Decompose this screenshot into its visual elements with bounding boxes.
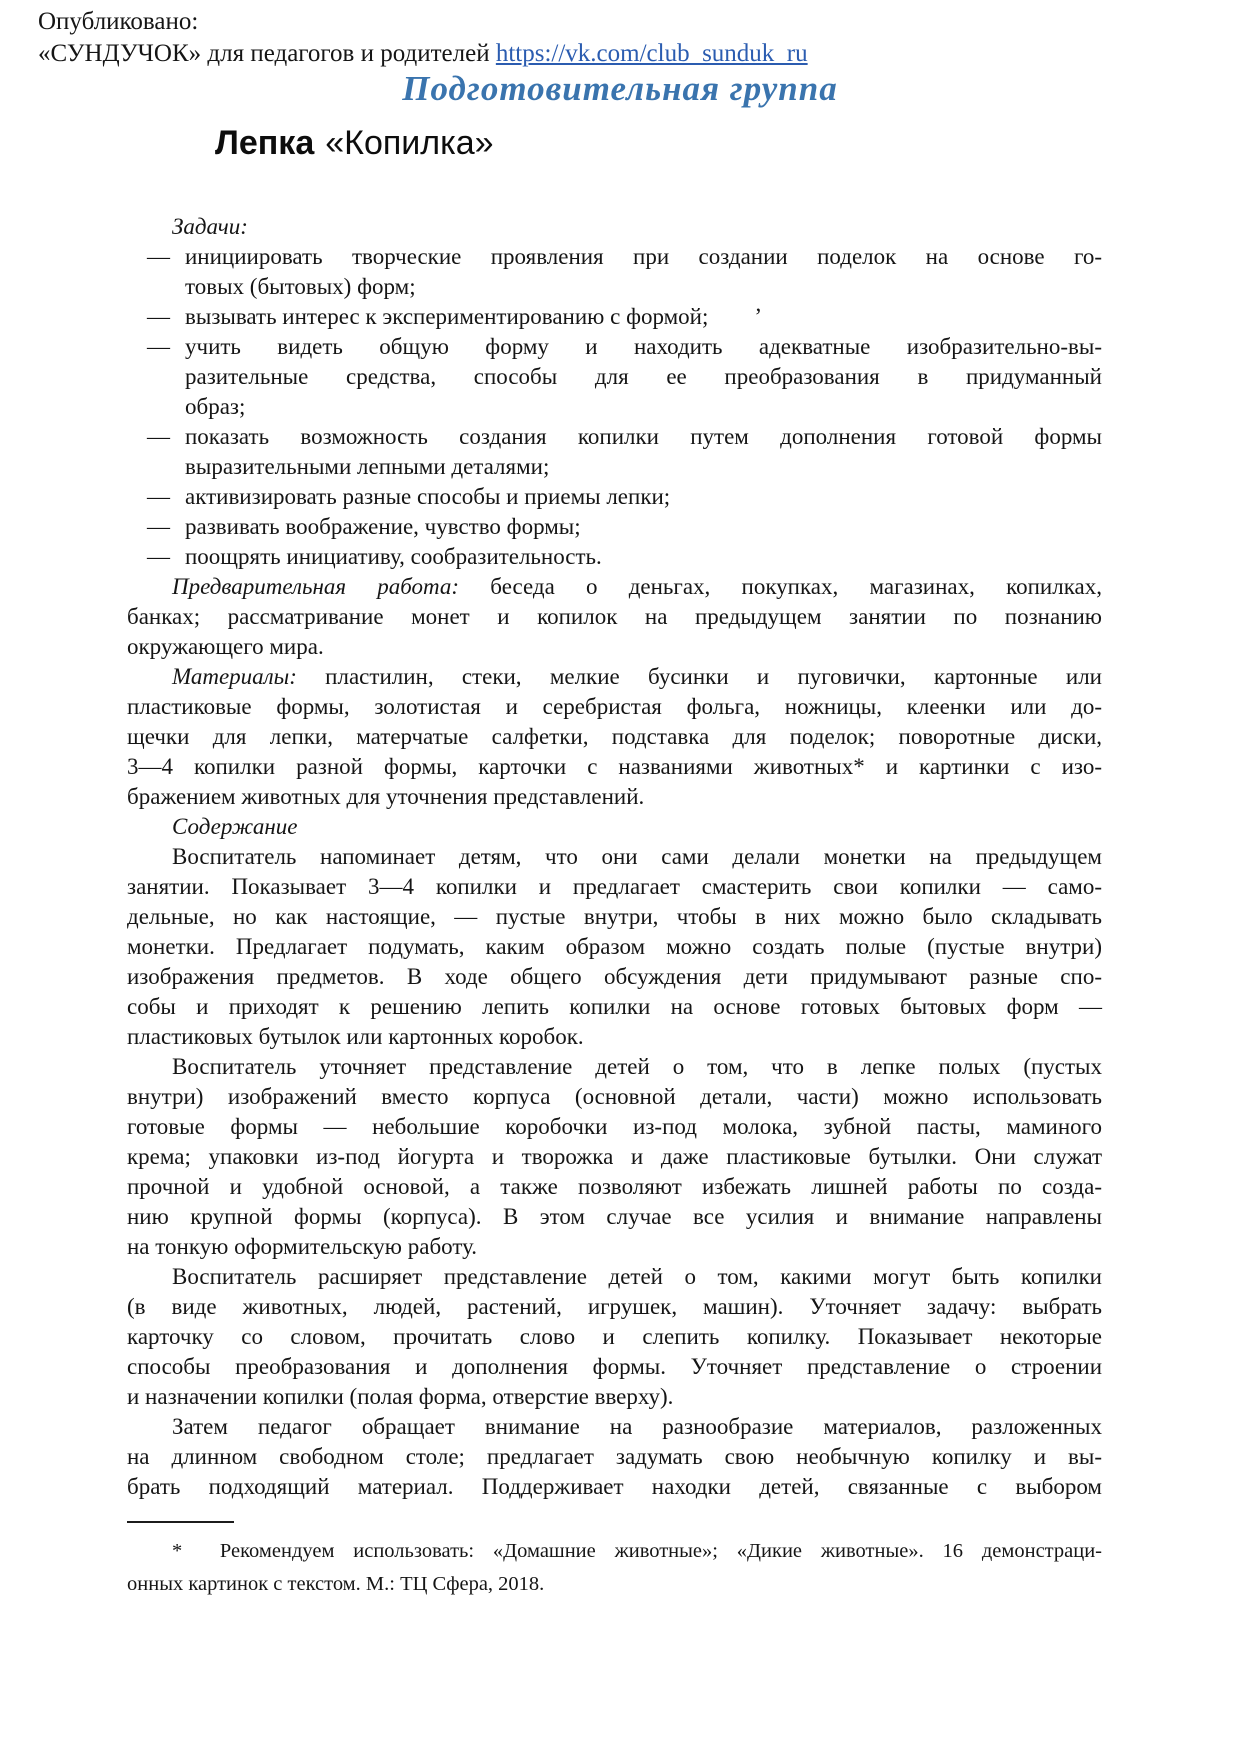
- text-line: внутри) изображений вместо корпуса (осно…: [127, 1082, 1102, 1112]
- bullet-item: —показать возможность создания копилки п…: [127, 422, 1102, 482]
- text-line: собы и приходят к решению лепить копилки…: [127, 992, 1102, 1022]
- text-line: на длинном свободном столе; предлагает з…: [127, 1442, 1102, 1472]
- published-label: Опубликовано:: [38, 6, 808, 38]
- text-line: инициировать творческие проявления при с…: [185, 242, 1102, 272]
- bullet-dash: —: [147, 302, 170, 332]
- text-line: пластиковые формы, золотистая и серебрис…: [127, 692, 1102, 722]
- text-line: готовые формы — небольшие коробочки из-п…: [127, 1112, 1102, 1142]
- paragraph: Предварительная работа: беседа о деньгах…: [127, 572, 1102, 662]
- bullet-dash: —: [147, 482, 170, 512]
- footnote: * Рекомендуем использовать: «Домашние жи…: [127, 1535, 1102, 1601]
- bullet-item: —инициировать творческие проявления при …: [127, 242, 1102, 302]
- paragraph: Воспитатель напоминает детям, что они са…: [127, 842, 1102, 1052]
- paragraph-lead: Предварительная работа:: [172, 574, 459, 599]
- bullet-dash: —: [147, 332, 170, 362]
- text-line: разительные средства, способы для ее пре…: [185, 362, 1102, 392]
- lesson-title: Лепка«Копилка»: [215, 122, 494, 164]
- text-line: показать возможность создания копилки пу…: [185, 422, 1102, 452]
- text-line: прочной и удобной основой, а также позво…: [127, 1172, 1102, 1202]
- vk-link[interactable]: https://vk.com/club_sunduk_ru: [496, 40, 808, 67]
- paragraph: Затем педагог обращает внимание на разно…: [127, 1412, 1102, 1502]
- text-line: окружающего мира.: [127, 632, 1102, 662]
- bullet-item: —активизировать разные способы и приемы …: [127, 482, 1102, 512]
- text-line: онных картинок с текстом. М.: ТЦ Сфера, …: [127, 1568, 1102, 1601]
- text-line: карточку со словом, прочитать слово и сл…: [127, 1322, 1102, 1352]
- text-line: выразительными лепными деталями;: [185, 452, 1102, 482]
- bullet-item: —учить видеть общую форму и находить аде…: [127, 332, 1102, 422]
- text-line: бражением животных для уточнения предста…: [127, 782, 1102, 812]
- bullet-item: —вызывать интерес к экспериментированию …: [127, 302, 1102, 332]
- text-line: Воспитатель уточняет представление детей…: [127, 1052, 1102, 1082]
- text-line: активизировать разные способы и приемы л…: [185, 482, 1102, 512]
- lesson-title-name: «Копилка»: [325, 124, 493, 162]
- text-line: на тонкую оформительскую работу.: [127, 1232, 1102, 1262]
- bullet-dash: —: [147, 542, 170, 572]
- paragraph: Воспитатель расширяет представление дете…: [127, 1262, 1102, 1412]
- paragraph: Воспитатель уточняет представление детей…: [127, 1052, 1102, 1262]
- text-line: учить видеть общую форму и находить адек…: [185, 332, 1102, 362]
- text-line: Материалы: пластилин, стеки, мелкие буси…: [127, 662, 1102, 692]
- text-line: и назначении копилки (полая форма, отвер…: [127, 1382, 1102, 1412]
- lesson-title-type: Лепка: [215, 124, 314, 162]
- bullet-item: —поощрять инициативу, сообразительность.: [127, 542, 1102, 572]
- text-line: товых (бытовых) форм;: [185, 272, 1102, 302]
- footnote-separator: [127, 1521, 234, 1523]
- text-line: Предварительная работа: беседа о деньгах…: [127, 572, 1102, 602]
- bullet-dash: —: [147, 242, 170, 272]
- text-line: Воспитатель напоминает детям, что они са…: [127, 842, 1102, 872]
- publication-info: Опубликовано: «СУНДУЧОК» для педагогов и…: [38, 6, 808, 70]
- text-line: способы преобразования и дополнения форм…: [127, 1352, 1102, 1382]
- text-line: банках; рассматривание монет и копилок н…: [127, 602, 1102, 632]
- text-line: крема; упаковки из-под йогурта и творожк…: [127, 1142, 1102, 1172]
- published-source: «СУНДУЧОК» для педагогов и родителей htt…: [38, 38, 808, 70]
- text-line: (в виде животных, людей, растений, игруш…: [127, 1292, 1102, 1322]
- text-line: образ;: [185, 392, 1102, 422]
- text-line: занятии. Показывает 3—4 копилки и предла…: [127, 872, 1102, 902]
- text-line: щечки для лепки, матерчатые салфетки, по…: [127, 722, 1102, 752]
- text-line: Задачи:: [127, 212, 1102, 242]
- bullet-item: —развивать воображение, чувство формы;: [127, 512, 1102, 542]
- text-line: Содержание: [127, 812, 1102, 842]
- text-line: развивать воображение, чувство формы;: [185, 512, 1102, 542]
- text-line: пластиковых бутылок или картонных коробо…: [127, 1022, 1102, 1052]
- group-heading: Подготовительная группа: [0, 68, 1240, 110]
- paragraph-lead: Материалы:: [172, 664, 297, 689]
- text-line: Затем педагог обращает внимание на разно…: [127, 1412, 1102, 1442]
- text-line: брать подходящий материал. Поддерживает …: [127, 1472, 1102, 1502]
- paragraph: Материалы: пластилин, стеки, мелкие буси…: [127, 662, 1102, 812]
- text-line: поощрять инициативу, сообразительность.: [185, 542, 1102, 572]
- text-line: монетки. Предлагает подумать, каким обра…: [127, 932, 1102, 962]
- text-line: дельные, но как настоящие, — пустые внут…: [127, 902, 1102, 932]
- text-line: Воспитатель расширяет представление дете…: [127, 1262, 1102, 1292]
- page: Опубликовано: «СУНДУЧОК» для педагогов и…: [0, 0, 1240, 1754]
- bullet-dash: —: [147, 512, 170, 542]
- published-source-text: «СУНДУЧОК» для педагогов и родителей: [38, 40, 490, 67]
- bullet-dash: —: [147, 422, 170, 452]
- text-line: нию крупной формы (корпуса). В этом случ…: [127, 1202, 1102, 1232]
- document-body: Задачи:—инициировать творческие проявлен…: [127, 212, 1102, 1502]
- text-line: вызывать интерес к экспериментированию с…: [185, 302, 1102, 332]
- text-line: 3—4 копилки разной формы, карточки с наз…: [127, 752, 1102, 782]
- text-line: изображения предметов. В ходе общего обс…: [127, 962, 1102, 992]
- text-line: * Рекомендуем использовать: «Домашние жи…: [127, 1535, 1102, 1568]
